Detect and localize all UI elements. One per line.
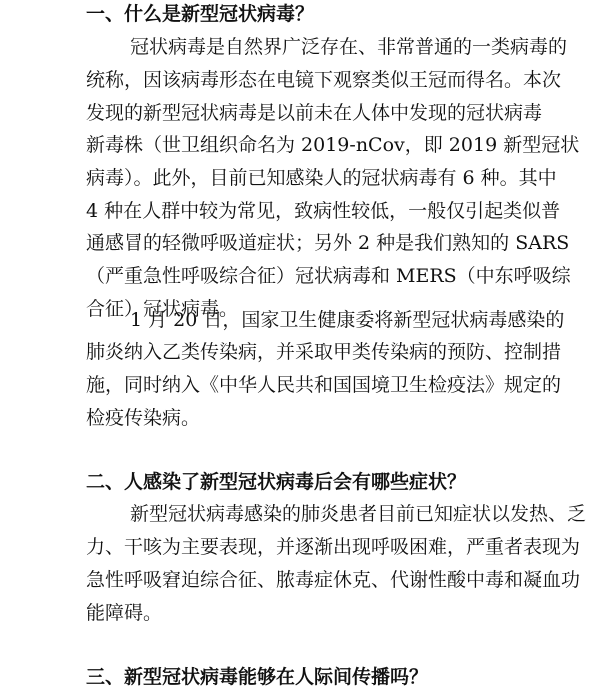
section-heading-2: 二、人感染了新型冠状病毒后会有哪些症状？ [86, 466, 504, 498]
paragraph-line: 急性呼吸窘迫综合征、脓毒症休克、代谢性酸中毒和凝血功 [86, 564, 504, 596]
paragraph-line: （严重急性呼吸综合征）冠状病毒和 MERS（中东呼吸综 [86, 260, 504, 292]
paragraph-line: 新型冠状病毒感染的肺炎患者目前已知症状以发热、乏 [130, 498, 504, 530]
paragraph-line: 通感冒的轻微呼吸道症状；另外 2 种是我们熟知的 SARS [86, 227, 504, 259]
paragraph-line: 检疫传染病。 [86, 402, 504, 434]
paragraph-line: 肺炎纳入乙类传染病，并采取甲类传染病的预防、控制措 [86, 336, 504, 368]
paragraph-line: 新毒株（世卫组织命名为 2019-nCov，即 2019 新型冠状 [86, 129, 504, 161]
paragraph-line: 冠状病毒是自然界广泛存在、非常普通的一类病毒的 [130, 31, 504, 63]
paragraph-line: 4 种在人群中较为常见，致病性较低，一般仅引起类似普 [86, 195, 504, 227]
paragraph-line: 统称，因该病毒形态在电镜下观察类似王冠而得名。本次 [86, 64, 504, 96]
paragraph-line: 能障碍。 [86, 597, 504, 629]
section-heading-1: 一、什么是新型冠状病毒？ [86, 0, 504, 30]
paragraph-line: 发现的新型冠状病毒是以前未在人体中发现的冠状病毒 [86, 97, 504, 129]
section-heading-3: 三、新型冠状病毒能够在人际间传播吗？ [86, 661, 504, 693]
paragraph-line: 力、干咳为主要表现，并逐渐出现呼吸困难，严重者表现为 [86, 531, 504, 563]
paragraph-line: 病毒）。此外，目前已知感染人的冠状病毒有 6 种。其中 [86, 162, 504, 194]
paragraph-line: 1 月 20 日，国家卫生健康委将新型冠状病毒感染的 [130, 304, 504, 336]
paragraph-line: 施，同时纳入《中华人民共和国国境卫生检疫法》规定的 [86, 369, 504, 401]
